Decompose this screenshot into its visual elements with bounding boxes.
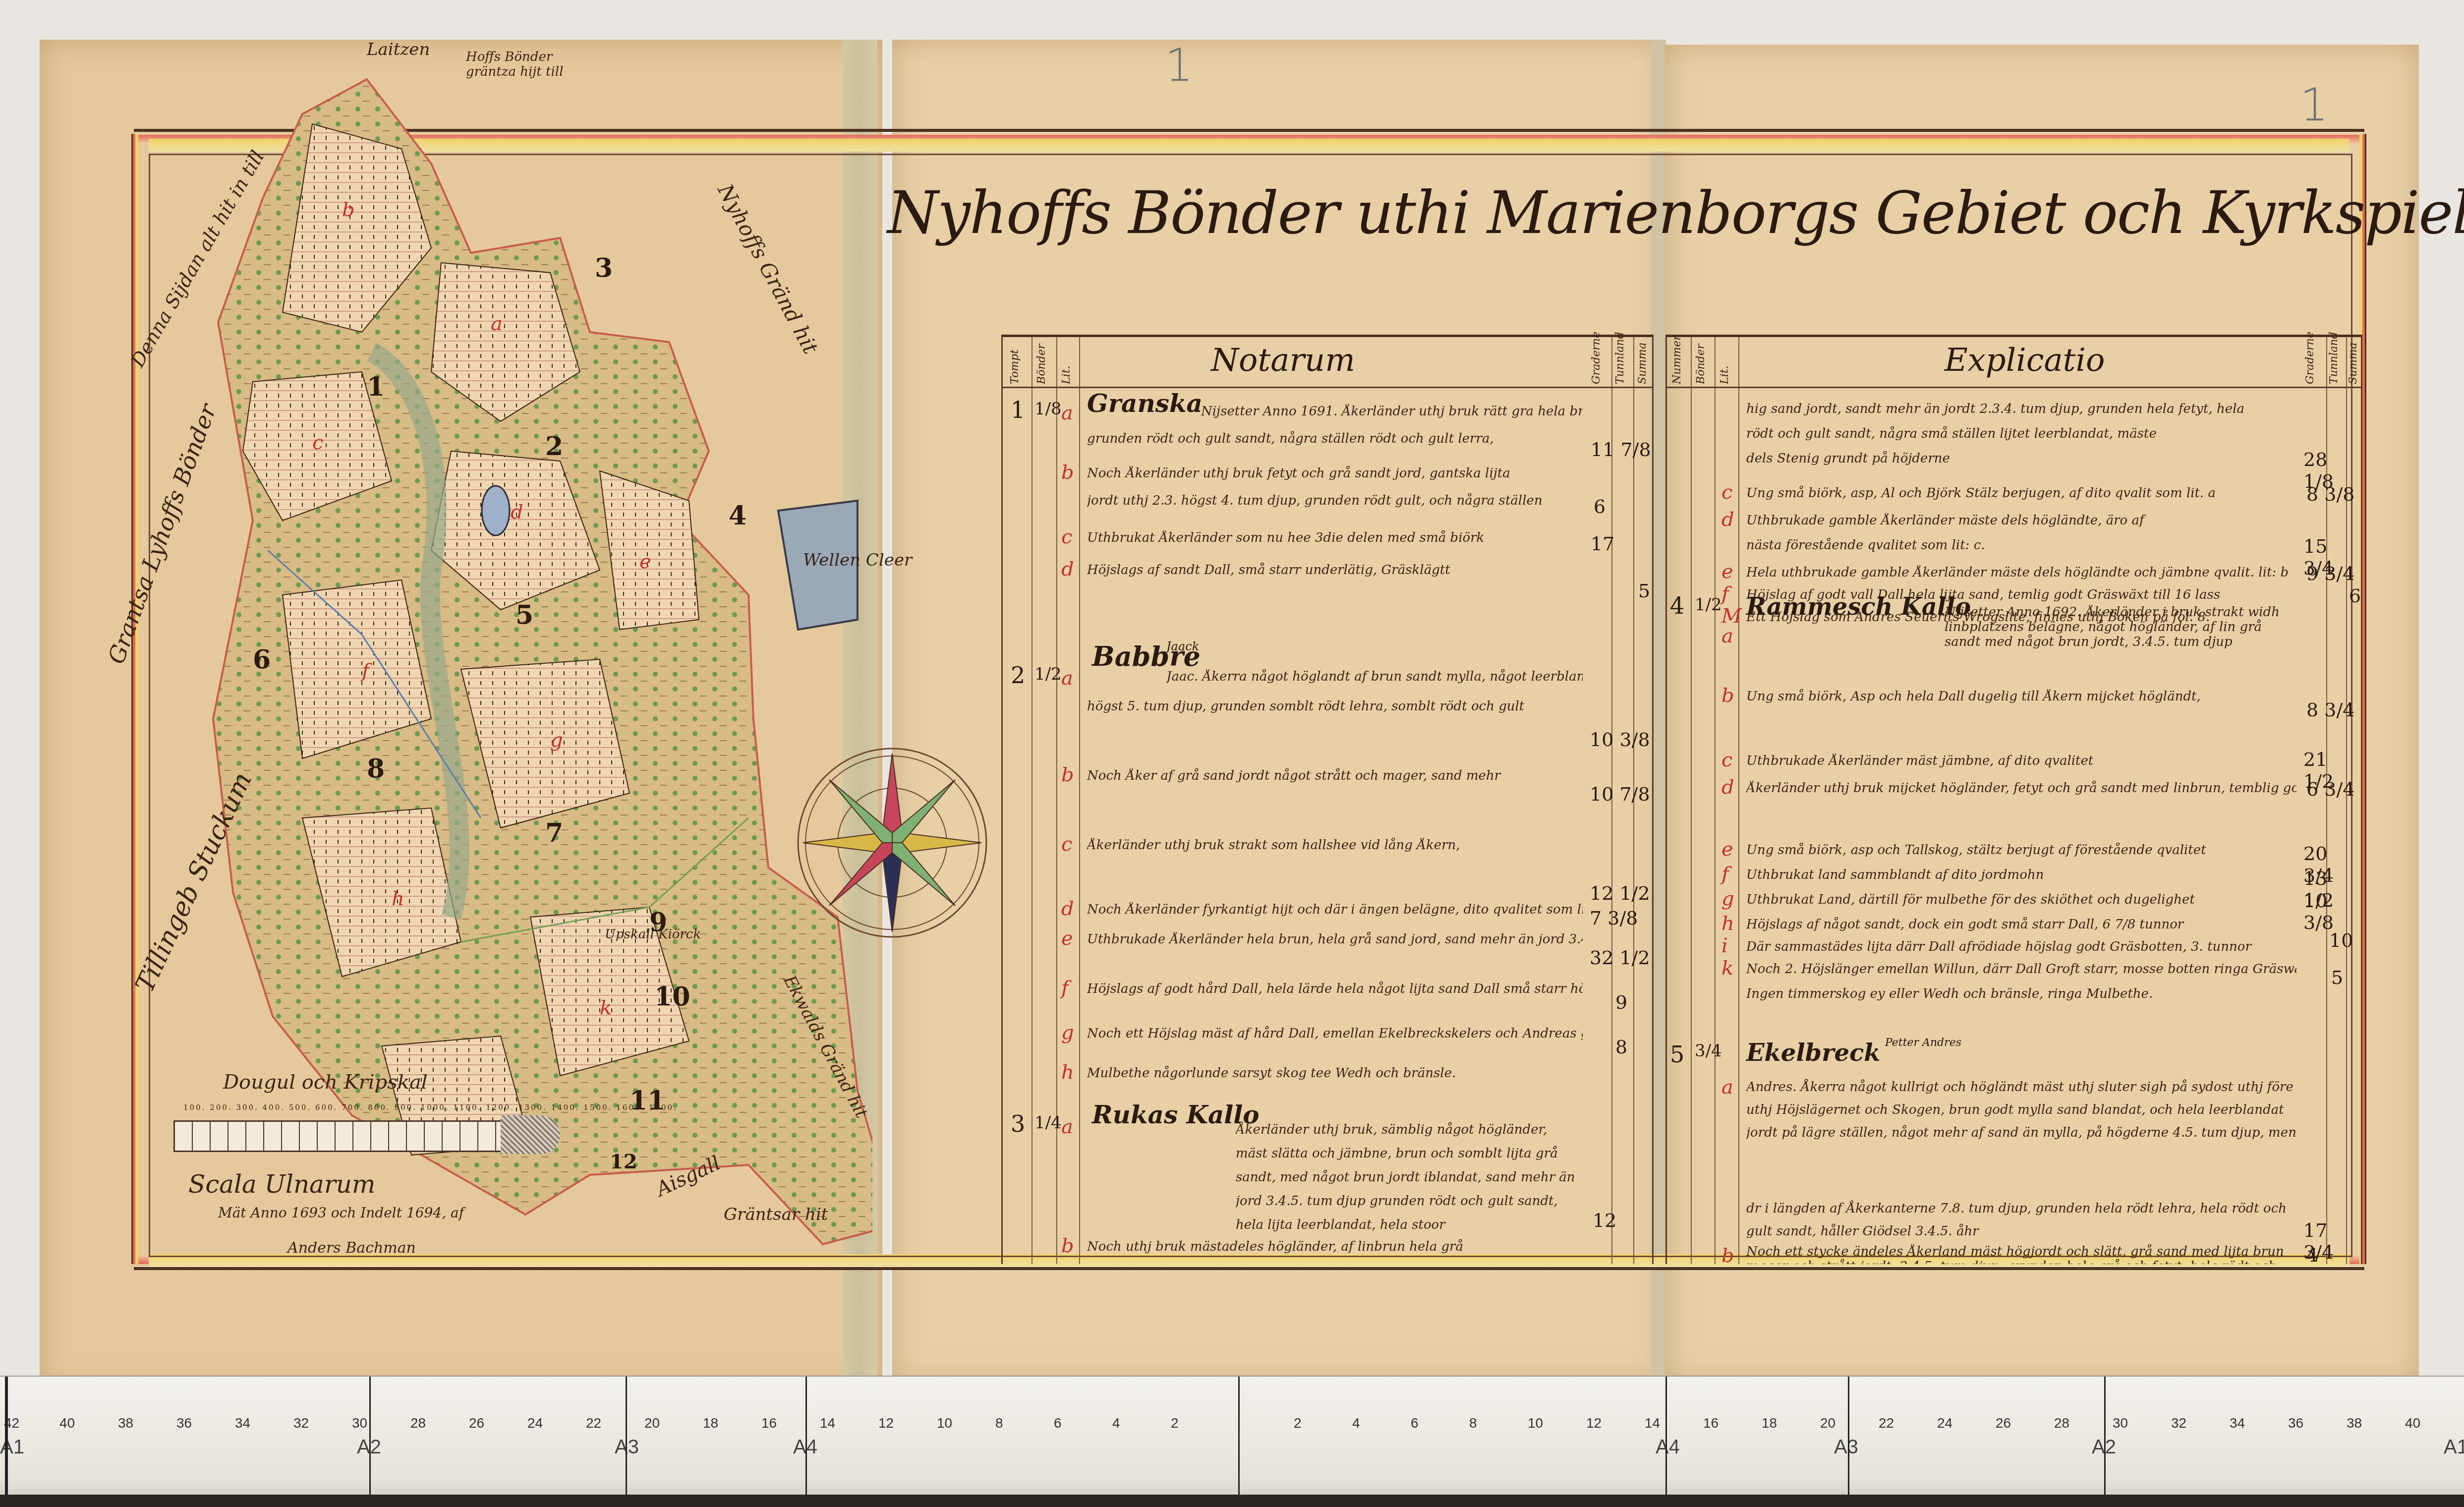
entry-number: 3 — [1011, 1110, 1025, 1137]
ruler-number: 6 — [1411, 1415, 1419, 1431]
ruler-number: 12 — [878, 1415, 894, 1431]
tunnland-value: 6 — [1594, 496, 1605, 518]
entry-text: Åkerländer uthj bruk strakt som hallshee… — [1087, 838, 1583, 853]
entry-number: 5 — [1670, 1041, 1684, 1068]
lit-letter: h — [1061, 1061, 1074, 1084]
entry-text: Ingen timmerskog ey eller Wedh och bräns… — [1746, 986, 2296, 1001]
entry-text: Där sammastädes lijta därr Dall afrödiad… — [1746, 939, 2296, 954]
entry-text: nästa förestående qvalitet som lit: c. — [1746, 538, 2296, 553]
ruler-number: 38 — [2347, 1415, 2362, 1431]
parcel-letter: d — [511, 501, 523, 523]
paper-size-label: A3 — [1834, 1436, 1858, 1458]
ruler-number: 14 — [1645, 1415, 1660, 1431]
entry-text: Åkerländer uthj bruk, sämblig något högl… — [1236, 1118, 1583, 1232]
ruler-tick — [805, 1377, 807, 1496]
ruler-tick — [369, 1377, 371, 1496]
column-header: Bönder — [1695, 340, 1707, 384]
entry-text: hig sand jordt, sandt mehr än jordt 2.3.… — [1746, 402, 2296, 416]
column-header: Lit. — [1719, 340, 1731, 384]
lit-letter: e — [1721, 560, 1733, 583]
lit-letter: d — [1721, 776, 1734, 799]
tunnland-value: 12 1/2 — [1590, 882, 1650, 904]
tunnland-value: 17 — [1591, 533, 1614, 555]
lit-letter: e — [1061, 927, 1073, 950]
entry-text: Uthbrukade Åkerländer mäst jämbne, af di… — [1746, 753, 2296, 768]
entry-fraction: 1/2 — [1695, 595, 1722, 615]
tunnland-value: 32 1/2 — [1590, 947, 1650, 969]
ruler-number: 2 — [1294, 1415, 1302, 1431]
entry-text: Noch Åkerländer fyrkantigt hijt och där … — [1087, 902, 1583, 917]
entry-text: Noch Åkerländer uthj bruk fetyt och grå … — [1087, 466, 1583, 481]
column-header: Graderne — [1590, 340, 1603, 384]
ruler-number: 32 — [2171, 1415, 2186, 1431]
ruler-number: 20 — [1820, 1415, 1835, 1431]
lit-letter: f — [1061, 977, 1069, 999]
entry-text: Ung små biörk, Asp och hela Dall dugelig… — [1746, 689, 2296, 704]
surveyor-signature: Anders Bachman — [287, 1239, 416, 1257]
ruler-number: 4 — [1112, 1415, 1120, 1431]
ruler-number: 10 — [937, 1415, 952, 1431]
tunnland-value: 8 — [1615, 1036, 1627, 1058]
ruler-number: 6 — [1054, 1415, 1062, 1431]
lit-letter: c — [1061, 525, 1072, 548]
lit-letter: a — [1061, 667, 1073, 690]
ruler-number: 20 — [644, 1415, 660, 1431]
ruler-number: 28 — [2054, 1415, 2069, 1431]
entry-text: Noch Åker af grå sand jordt något strått… — [1087, 768, 1583, 783]
lit-letter: c — [1721, 749, 1732, 771]
ruler-number: 12 — [1586, 1415, 1602, 1431]
ruler-number: 26 — [469, 1415, 484, 1431]
ruler-number: 26 — [1996, 1415, 2011, 1431]
lit-letter: b — [1061, 763, 1074, 786]
tunnland-value: 11 7/8 — [1591, 439, 1651, 461]
lit-letter: g — [1721, 887, 1734, 910]
ruler-number: 38 — [118, 1415, 133, 1431]
parcel-letter: a — [491, 312, 503, 335]
tunnland-value: 10 — [2329, 929, 2353, 951]
entry-text: Andres. Åkerra något kullrigt och höglän… — [1746, 1076, 2296, 1195]
lit-letter: a — [1061, 402, 1073, 424]
plot-number: 12 — [610, 1150, 637, 1173]
entry-text: Uthbrukade Åkerländer hela brun, hela gr… — [1087, 932, 1583, 947]
column-header: Graderne — [2304, 340, 2316, 384]
plot-number: 5 — [516, 600, 533, 630]
plot-number: 2 — [545, 431, 563, 462]
ruler-tick — [1848, 1377, 1849, 1496]
summa-value: 6 — [2349, 585, 2361, 607]
column-divider — [1715, 337, 1739, 1264]
paper-size-label: A4 — [1656, 1436, 1680, 1458]
entry-text: Hela uthbrukade gamble Åkerländer mäste … — [1746, 565, 2296, 580]
paper-size-label: A1 — [0, 1436, 24, 1458]
parcel-letter: k — [600, 996, 612, 1019]
plot-number: 1 — [367, 372, 385, 402]
lit-letter: h — [1721, 912, 1734, 935]
lit-letter: g — [1061, 1021, 1074, 1044]
ruler-tick — [1665, 1377, 1667, 1496]
entry-text: Mulbethe någorlunde sarsyt skog tee Wedh… — [1087, 1066, 1583, 1081]
column-divider — [1691, 337, 1716, 1264]
lit-letter: a — [1721, 625, 1733, 647]
entry-text: högst 5. tum djup, grunden somblt rödt l… — [1087, 699, 1583, 714]
page-title: Nyhoffs Bönder uthi Marienborgs Gebiet o… — [887, 178, 2464, 247]
column-header: Summa — [2347, 340, 2359, 384]
farm-name: Rammesch Kallo — [1746, 595, 1971, 619]
ruler-number: 24 — [527, 1415, 543, 1431]
paper-size-label: A1 — [2444, 1436, 2464, 1458]
entry-text: Ung små biörk, asp, Al och Björk Stälz b… — [1746, 486, 2296, 501]
ruler-number: 40 — [59, 1415, 75, 1431]
tunnland-value: 9 3/4 — [2306, 563, 2354, 584]
column-header: Lit. — [1060, 340, 1073, 384]
ruler-tick — [1238, 1377, 1240, 1496]
ruler-number: 8 — [1469, 1415, 1477, 1431]
tunnland-value: 7 3/8 — [1590, 907, 1638, 929]
scale-ticks: 100. 200. 300. 400. 500. 600. 700. 800. … — [183, 1103, 678, 1112]
entry-text: jordt uthj 2.3. högst 4. tum djup, grund… — [1087, 493, 1583, 508]
entry-number: 2 — [1011, 662, 1025, 689]
ruler-number: 16 — [1703, 1415, 1719, 1431]
ruler-tick — [5, 1377, 8, 1496]
header-rule — [1667, 387, 2361, 388]
ruler-number: 30 — [2113, 1415, 2128, 1431]
parcel-letter: c — [312, 431, 323, 454]
section-title: Explicatio — [1945, 342, 2105, 379]
cadastral-map: Laitzen Hoffs Bönder gräntza hijt till D… — [154, 74, 872, 1264]
map-label: Gräntsar hit — [724, 1205, 828, 1224]
ruler-number: 32 — [293, 1415, 309, 1431]
parcel-letter: e — [639, 550, 651, 573]
border-left — [131, 134, 138, 1264]
lit-letter: a — [1061, 1115, 1073, 1138]
compass-rose-icon — [793, 744, 991, 942]
tunnland-value: 8 3/8 — [2306, 483, 2354, 505]
entry-text: Noch 2. Höjslänger emellan Willun, därr … — [1746, 962, 2296, 977]
column-divider — [1667, 337, 1692, 1264]
ruler-number: 28 — [410, 1415, 426, 1431]
ruler-number: 22 — [586, 1415, 601, 1431]
ruler-number: 10 — [1528, 1415, 1543, 1431]
plot-number: 4 — [729, 501, 746, 531]
entry-text: Uthbrukat land sammblandt af dito jordmo… — [1746, 868, 2296, 882]
ruler-number: 36 — [2288, 1415, 2303, 1431]
header-rule — [1003, 387, 1652, 388]
ruler-number: 40 — [2405, 1415, 2420, 1431]
ruler-number: 18 — [703, 1415, 718, 1431]
lit-letter: d — [1061, 558, 1074, 580]
scanner-edge — [0, 1495, 2464, 1507]
entry-text: Uthbrukade gamble Åkerländer mäste dels … — [1746, 513, 2296, 528]
tunnland-value: 4 — [2306, 1244, 2318, 1266]
entry-fraction: 1/2 — [1034, 664, 1062, 684]
entry-number: 1 — [1011, 397, 1025, 423]
entry-text: Jaac. Åkerra något höglandt af brun sand… — [1166, 669, 1583, 684]
map-label: Hoffs Bönder gräntza hijt till — [466, 50, 580, 79]
tunnland-value: 9 — [1615, 991, 1627, 1013]
measurement-ruler: 42 40 38 36 34 32 30 28 26 24 22 20 18 1… — [0, 1376, 2464, 1503]
lit-letter: b — [1721, 1244, 1734, 1267]
tunnland-value: 10 3/8 — [2303, 890, 2361, 933]
ruler-number: 2 — [1171, 1415, 1179, 1431]
pencil-page-mark: 1 — [1165, 40, 1193, 92]
farm-name: Rukas Kallo — [1092, 1103, 1260, 1127]
entry-text: Åkerländer uthj bruk mijcket högländer, … — [1746, 781, 2296, 796]
lit-letter: c — [1721, 481, 1732, 504]
lit-letter: b — [1721, 684, 1734, 707]
scale-bar-ornament — [501, 1115, 560, 1154]
lit-letter: e — [1721, 838, 1733, 861]
ruler-number: 4 — [1352, 1415, 1360, 1431]
entry-fraction: 1/8 — [1034, 399, 1062, 419]
lit-letter: f — [1721, 863, 1729, 885]
tunnland-value: 8 3/4 — [2306, 699, 2354, 721]
entry-text: dr i längden af Åkerkanterne 7.8. tum dj… — [1746, 1197, 2296, 1242]
plot-number: 3 — [595, 253, 613, 283]
entry-text: Uthbrukat Land, därtill för mulbethe för… — [1746, 892, 2296, 907]
lit-letter: b — [1061, 461, 1074, 484]
lit-letter: c — [1061, 833, 1072, 856]
ruler-number: 8 — [995, 1415, 1003, 1431]
parcel-letter: g — [550, 729, 563, 752]
entry-fraction: 3/4 — [1695, 1041, 1722, 1061]
entry-text: Noch ett stycke ändeles Åkerland mäst hö… — [1746, 1244, 2296, 1264]
plot-number: 9 — [649, 907, 667, 937]
ruler-number: 22 — [1879, 1415, 1894, 1431]
plot-number: 6 — [253, 644, 271, 675]
plot-number: 10 — [654, 982, 690, 1012]
entry-number: 4 — [1670, 592, 1684, 619]
scale-bar — [173, 1120, 504, 1152]
ruler-number: 36 — [176, 1415, 192, 1431]
column-header: Tunnland — [2328, 340, 2340, 384]
parcel-letter: f — [362, 659, 369, 682]
column-header: Tompt — [1009, 340, 1021, 384]
ruler-number: 14 — [820, 1415, 835, 1431]
ruler-number: 18 — [1762, 1415, 1777, 1431]
lit-letter: b — [1061, 1234, 1074, 1257]
tunnland-value: 10 3/8 — [1590, 729, 1650, 751]
lit-letter: i — [1721, 934, 1728, 957]
lit-letter: k — [1721, 957, 1733, 980]
entry-text: Höjslags af något sandt, dock ein godt s… — [1746, 917, 2296, 932]
explicatio-table: Nummer Bönder Lit. Graderne Tunnland Sum… — [1665, 335, 2362, 1264]
column-header: Summa — [1636, 340, 1649, 384]
lit-letter: f — [1721, 582, 1729, 605]
column-header: Tunnland — [1614, 340, 1626, 384]
ruler-tick — [2104, 1377, 2106, 1496]
map-label: Dougul och Kripskal — [223, 1071, 428, 1094]
entry-text: Nijsetter Anno 1692. Åkerländer i bruk s… — [1945, 605, 2296, 684]
ruler-number: 30 — [352, 1415, 367, 1431]
ruler-number: 24 — [1937, 1415, 1952, 1431]
entry-text: Nijsetter Anno 1691. Åkerländer uthj bru… — [1201, 404, 1583, 419]
entry-text: Höjslags af sandt Dall, små starr underl… — [1087, 563, 1583, 578]
entry-text: rödt och gult sandt, några små ställen l… — [1746, 426, 2296, 441]
section-title: Notarum — [1211, 342, 1355, 379]
entry-fraction: 1/4 — [1034, 1113, 1062, 1133]
plot-number: 7 — [545, 818, 563, 848]
entry-text: Noch ett Höjslag mäst af hård Dall, emel… — [1087, 1026, 1583, 1041]
plot-number: 8 — [367, 753, 385, 784]
entry-text: Uthbrukat Åkerländer som nu hee 3die del… — [1087, 530, 1583, 545]
farm-name: Granska — [1087, 392, 1203, 415]
entry-text: Noch uthj bruk mästadeles högländer, af … — [1087, 1239, 1583, 1254]
pencil-page-mark: 1 — [2300, 79, 2328, 131]
tunnland-value: 12 — [1593, 1210, 1616, 1231]
map-label: Laitzen — [367, 40, 430, 59]
farm-sub-name: Jaack — [1166, 635, 1199, 658]
tunnland-value: 6 3/4 — [2306, 778, 2354, 800]
ruler-number: 34 — [235, 1415, 250, 1431]
entry-text: Ung små biörk, asp och Tallskog, stältz … — [1746, 843, 2296, 858]
scale-label: Scala Ulnarum — [188, 1170, 375, 1199]
ruler-tick — [626, 1377, 627, 1496]
lit-letter: d — [1721, 508, 1734, 531]
tunnland-value: 10 7/8 — [1590, 783, 1650, 805]
summa-value: 5 — [1638, 580, 1650, 602]
parcel-letter: h — [392, 887, 404, 910]
farm-sub-name: Petter Andres — [1885, 1031, 1961, 1055]
ruler-number: 34 — [2230, 1415, 2245, 1431]
ruler-number: 16 — [761, 1415, 777, 1431]
lit-letter: a — [1721, 1076, 1733, 1099]
column-header: Nummer — [1671, 340, 1683, 384]
column-header: Bönder — [1035, 340, 1048, 384]
survey-note: Mät Anno 1693 och Indelt 1694, af — [218, 1205, 464, 1221]
map-label: Wellen Cleer — [803, 550, 912, 570]
entry-text: dels Stenig grundt på höjderne — [1746, 451, 2296, 466]
farm-name: Ekelbreck — [1746, 1041, 1881, 1065]
entry-text: Höjslags af godt hård Dall, hela lärde h… — [1087, 982, 1583, 996]
parcel-letter: b — [342, 198, 355, 221]
entry-text: grunden rödt och gult sandt, några ställ… — [1087, 431, 1583, 446]
lit-letter: d — [1061, 897, 1074, 920]
tunnland-value: 5 — [2331, 967, 2343, 988]
notarum-table: Tompt Bönder Lit. Graderne Tunnland Summ… — [1001, 335, 1654, 1264]
